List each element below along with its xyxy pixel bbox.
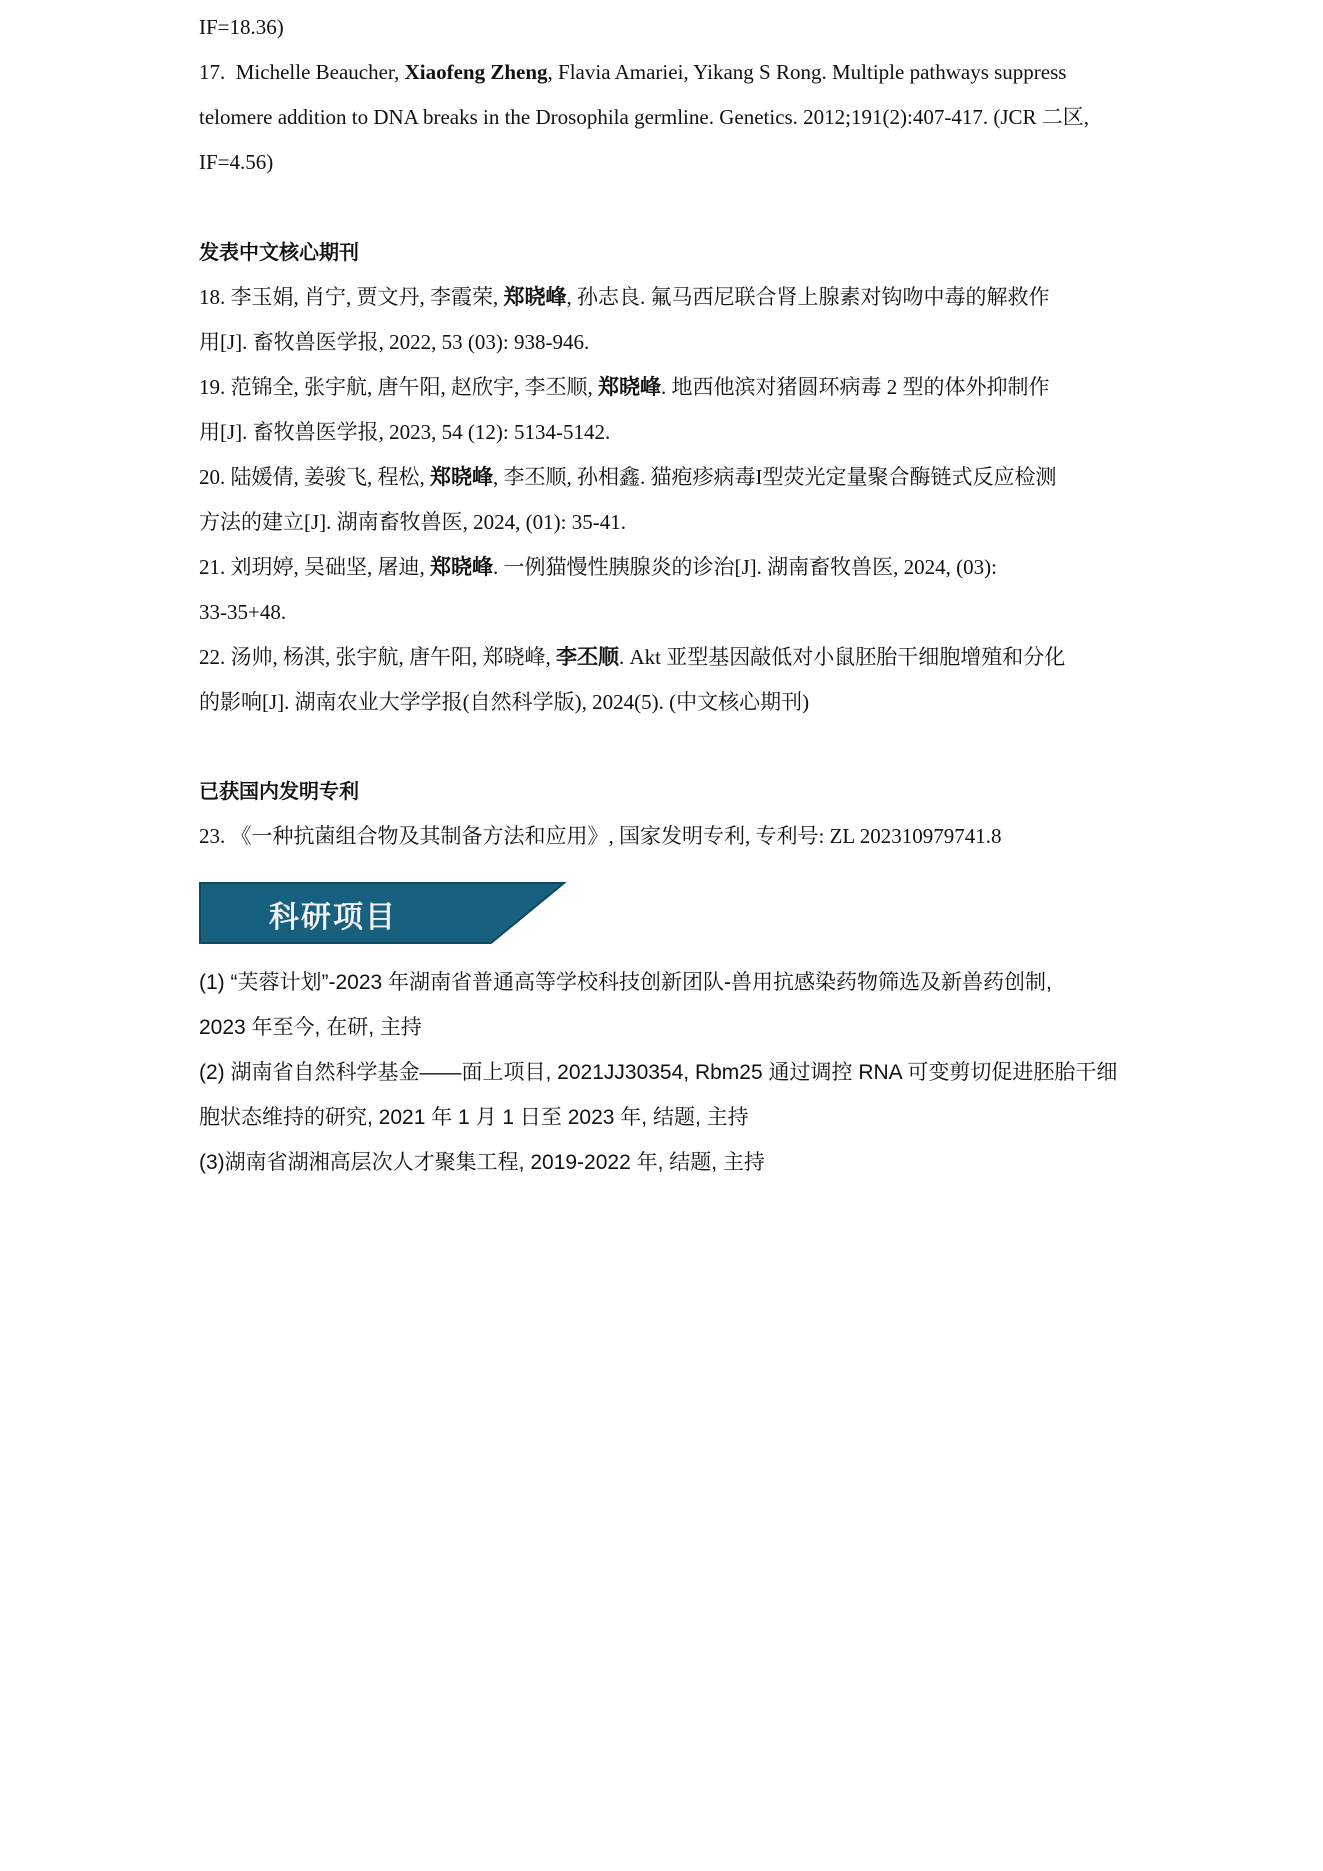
reference-18-line2: 用[J]. 畜牧兽医学报, 2022, 53 (03): 938-946. (199, 327, 589, 357)
reference-19-line1: 19. 范锦全, 张宇航, 唐午阳, 赵欣宇, 李丕顺, 郑晓峰. 地西他滨对猪… (199, 372, 1050, 402)
reference-number: 20. (199, 465, 225, 489)
reference-text: . 一例猫慢性胰腺炎的诊治[J]. 湖南畜牧兽医, 2024, (03): (493, 555, 997, 579)
reference-authors: 李玉娟, 肖宁, 贾文丹, 李霞荣, (231, 285, 504, 309)
highlighted-author: 郑晓峰 (598, 375, 661, 399)
reference-20-line2: 方法的建立[J]. 湖南畜牧兽医, 2024, (01): 35-41. (199, 507, 626, 537)
highlighted-author: 郑晓峰 (430, 465, 493, 489)
section-heading-patents: 已获国内发明专利 (199, 776, 359, 806)
reference-21-line1: 21. 刘玥婷, 吴础坚, 屠迪, 郑晓峰. 一例猫慢性胰腺炎的诊治[J]. 湖… (199, 552, 997, 582)
section-heading-chinese-journals: 发表中文核心期刊 (199, 237, 359, 267)
patent-item: 23. 《一种抗菌组合物及其制备方法和应用》, 国家发明专利, 专利号: ZL … (199, 821, 1001, 851)
project-1-line1: (1) “芙蓉计划”-2023 年湖南省普通高等学校科技创新团队-兽用抗感染药物… (199, 968, 1052, 998)
reference-authors: 汤帅, 杨淇, 张宇航, 唐午阳, 郑晓峰, (231, 645, 557, 669)
reference-number: 18. (199, 285, 225, 309)
reference-17-line1: 17. Michelle Beaucher, Xiaofeng Zheng, F… (199, 57, 1066, 87)
reference-authors: 陆媛倩, 姜骏飞, 程松, (231, 465, 431, 489)
project-2-line2: 胞状态维持的研究, 2021 年 1 月 1 日至 2023 年, 结题, 主持 (199, 1103, 749, 1133)
reference-number: 17. (199, 60, 225, 84)
reference-text: . Akt 亚型基因敲低对小鼠胚胎干细胞增殖和分化 (619, 645, 1065, 669)
reference-22-line1: 22. 汤帅, 杨淇, 张宇航, 唐午阳, 郑晓峰, 李丕顺. Akt 亚型基因… (199, 642, 1065, 672)
reference-authors: Michelle Beaucher, (236, 60, 400, 84)
reference-19-line2: 用[J]. 畜牧兽医学报, 2023, 54 (12): 5134-5142. (199, 417, 610, 447)
project-1-line2: 2023 年至今, 在研, 主持 (199, 1013, 422, 1043)
reference-authors: 刘玥婷, 吴础坚, 屠迪, (231, 555, 431, 579)
reference-22-line2: 的影响[J]. 湖南农业大学学报(自然科学版), 2024(5). (中文核心期… (199, 687, 809, 717)
reference-18-line1: 18. 李玉娟, 肖宁, 贾文丹, 李霞荣, 郑晓峰, 孙志良. 氟马西尼联合肾… (199, 282, 1050, 312)
reference-number: 22. (199, 645, 225, 669)
project-2-line1: (2) 湖南省自然科学基金——面上项目, 2021JJ30354, Rbm25 … (199, 1058, 1117, 1088)
reference-17-line2: telomere addition to DNA breaks in the D… (199, 102, 1089, 132)
highlighted-author: Xiaofeng Zheng (405, 60, 548, 84)
section-banner-research-projects: 科研项目 (199, 882, 565, 943)
reference-16-tail: IF=18.36) (199, 12, 284, 42)
reference-authors: 范锦全, 张宇航, 唐午阳, 赵欣宇, 李丕顺, (231, 375, 599, 399)
reference-text: . 地西他滨对猪圆环病毒 2 型的体外抑制作 (661, 375, 1050, 399)
reference-20-line1: 20. 陆媛倩, 姜骏飞, 程松, 郑晓峰, 李丕顺, 孙相鑫. 猫疱疹病毒I型… (199, 462, 1057, 492)
project-3-line1: (3)湖南省湖湘高层次人才聚集工程, 2019-2022 年, 结题, 主持 (199, 1148, 765, 1178)
reference-text: , Flavia Amariei, Yikang S Rong. Multipl… (548, 60, 1067, 84)
banner-title: 科研项目 (269, 892, 397, 936)
highlighted-author: 李丕顺 (556, 645, 619, 669)
reference-number: 21. (199, 555, 225, 579)
reference-21-line2: 33-35+48. (199, 597, 286, 627)
reference-text: , 李丕顺, 孙相鑫. 猫疱疹病毒I型荧光定量聚合酶链式反应检测 (493, 465, 1057, 489)
highlighted-author: 郑晓峰 (504, 285, 567, 309)
reference-17-line3: IF=4.56) (199, 147, 273, 177)
highlighted-author: 郑晓峰 (430, 555, 493, 579)
reference-number: 19. (199, 375, 225, 399)
reference-text: , 孙志良. 氟马西尼联合肾上腺素对钩吻中毒的解救作 (567, 285, 1050, 309)
